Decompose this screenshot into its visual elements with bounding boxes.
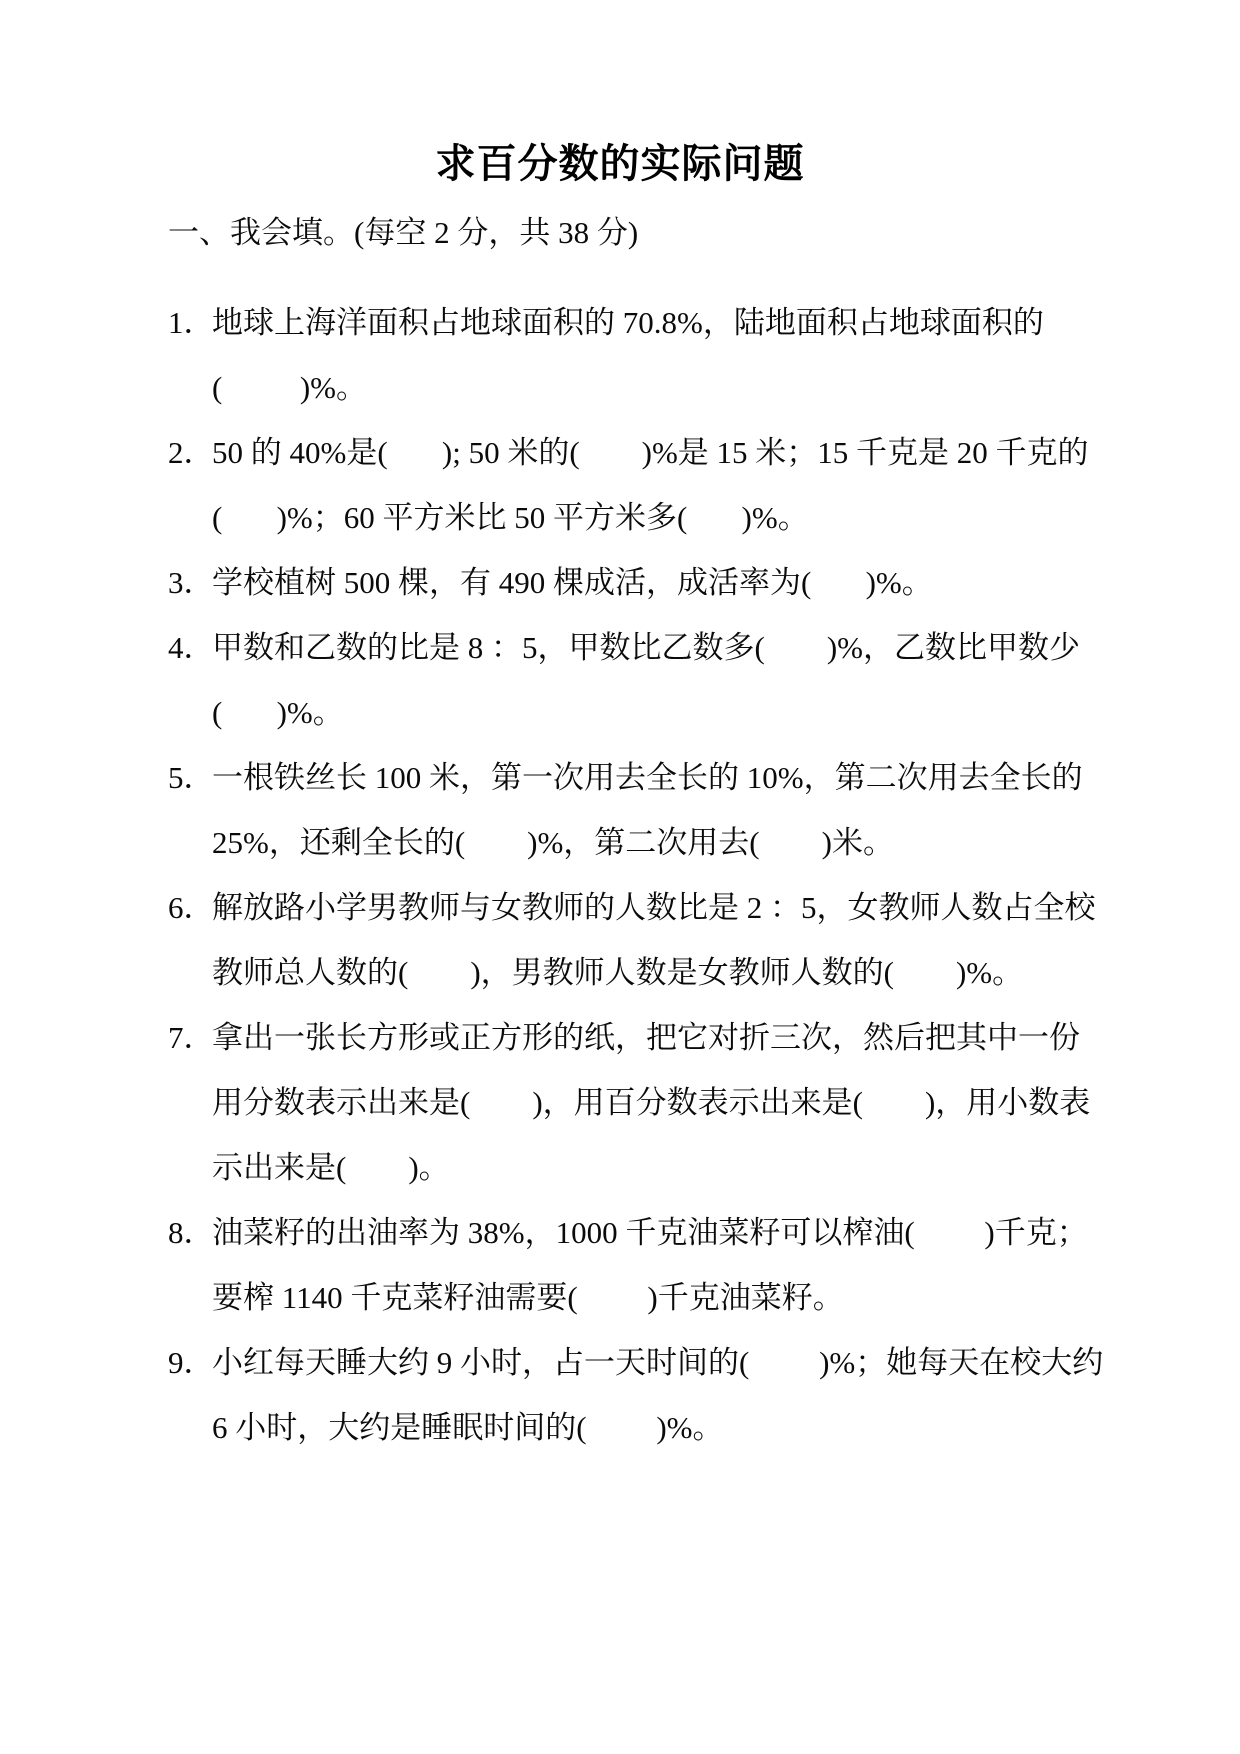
question-item-7: 7．拿出一张长方形或正方形的纸，把它对折三次，然后把其中一份 用分数表示出来是(…	[168, 1005, 1128, 1200]
question-item-1: 1．地球上海洋面积占地球面积的 70.8%，陆地面积占地球面积的 ( )%。	[168, 290, 1128, 420]
question-item-3: 3．学校植树 500 棵，有 490 棵成活，成活率为( )%。	[168, 550, 1128, 615]
question-item-5: 5．一根铁丝长 100 米，第一次用去全长的 10%，第二次用去全长的 25%，…	[168, 745, 1128, 875]
question-number: 4．	[168, 615, 212, 680]
question-line: 示出来是( )。	[168, 1135, 1128, 1200]
question-line: 3．学校植树 500 棵，有 490 棵成活，成活率为( )%。	[168, 550, 1128, 615]
questions-list: 1．地球上海洋面积占地球面积的 70.8%，陆地面积占地球面积的 ( )%。 2…	[168, 290, 1128, 1460]
question-number: 7．	[168, 1005, 212, 1070]
question-number: 5．	[168, 745, 212, 810]
section-header: 一、我会填。(每空 2 分，共 38 分)	[168, 212, 1240, 254]
question-number: 9．	[168, 1330, 212, 1395]
question-text: 小红每天睡大约 9 小时，占一天时间的( )%；她每天在校大约	[212, 1345, 1103, 1380]
question-line: 8．油菜籽的出油率为 38%，1000 千克油菜籽可以榨油( )千克；	[168, 1200, 1128, 1265]
question-text: 甲数和乙数的比是 8 ：5，甲数比乙数多( )%，乙数比甲数少	[212, 630, 1080, 665]
question-item-9: 9．小红每天睡大约 9 小时，占一天时间的( )%；她每天在校大约 6 小时，大…	[168, 1330, 1128, 1460]
title-row: 求百分数的实际问题	[0, 0, 1240, 190]
question-line: 9．小红每天睡大约 9 小时，占一天时间的( )%；她每天在校大约	[168, 1330, 1128, 1395]
question-line: ( )%。	[168, 355, 1128, 420]
question-line: 6．解放路小学男教师与女教师的人数比是 2 ：5，女教师人数占全校	[168, 875, 1128, 940]
question-line: 5．一根铁丝长 100 米，第一次用去全长的 10%，第二次用去全长的	[168, 745, 1128, 810]
question-text: 拿出一张长方形或正方形的纸，把它对折三次，然后把其中一份	[212, 1020, 1080, 1055]
question-line: 4．甲数和乙数的比是 8 ：5，甲数比乙数多( )%，乙数比甲数少	[168, 615, 1128, 680]
question-number: 6．	[168, 875, 212, 940]
question-line: 用分数表示出来是( )，用百分数表示出来是( )，用小数表	[168, 1070, 1128, 1135]
question-text: 50 的 40%是( ); 50 米的( )%是 15 米；15 千克是 20 …	[212, 435, 1089, 470]
question-number: 8．	[168, 1200, 212, 1265]
question-item-2: 2．50 的 40%是( ); 50 米的( )%是 15 米；15 千克是 2…	[168, 420, 1128, 550]
question-text: 解放路小学男教师与女教师的人数比是 2 ：5，女教师人数占全校	[212, 890, 1096, 925]
question-item-4: 4．甲数和乙数的比是 8 ：5，甲数比乙数多( )%，乙数比甲数少 ( )%。	[168, 615, 1128, 745]
question-line: 6 小时，大约是睡眠时间的( )%。	[168, 1395, 1128, 1460]
worksheet-page: 求百分数的实际问题 一、我会填。(每空 2 分，共 38 分) 1．地球上海洋面…	[0, 0, 1240, 1754]
page-title: 求百分数的实际问题	[436, 138, 805, 190]
question-line: 1．地球上海洋面积占地球面积的 70.8%，陆地面积占地球面积的	[168, 290, 1128, 355]
question-line: 2．50 的 40%是( ); 50 米的( )%是 15 米；15 千克是 2…	[168, 420, 1128, 485]
question-text: 油菜籽的出油率为 38%，1000 千克油菜籽可以榨油( )千克；	[212, 1215, 1088, 1250]
question-number: 1．	[168, 290, 212, 355]
question-item-8: 8．油菜籽的出油率为 38%，1000 千克油菜籽可以榨油( )千克； 要榨 1…	[168, 1200, 1128, 1330]
question-text: 学校植树 500 棵，有 490 棵成活，成活率为( )%。	[212, 565, 933, 600]
question-text: 一根铁丝长 100 米，第一次用去全长的 10%，第二次用去全长的	[212, 760, 1083, 795]
question-line: 要榨 1140 千克菜籽油需要( )千克油菜籽。	[168, 1265, 1128, 1330]
question-line: ( )%。	[168, 680, 1128, 745]
question-line: ( )%；60 平方米比 50 平方米多( )%。	[168, 485, 1128, 550]
question-line: 教师总人数的( )，男教师人数是女教师人数的( )%。	[168, 940, 1128, 1005]
question-number: 2．	[168, 420, 212, 485]
question-number: 3．	[168, 550, 212, 615]
question-line: 7．拿出一张长方形或正方形的纸，把它对折三次，然后把其中一份	[168, 1005, 1128, 1070]
question-text: 地球上海洋面积占地球面积的 70.8%，陆地面积占地球面积的	[212, 305, 1044, 340]
question-line: 25%，还剩全长的( )%，第二次用去( )米。	[168, 810, 1128, 875]
question-item-6: 6．解放路小学男教师与女教师的人数比是 2 ：5，女教师人数占全校 教师总人数的…	[168, 875, 1128, 1005]
